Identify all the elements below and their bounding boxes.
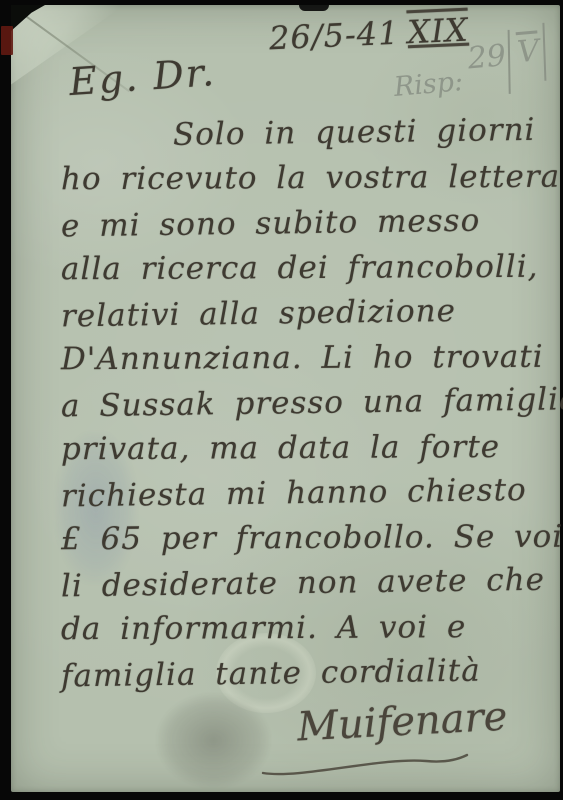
letter-line: richiesta mi hanno chiesto (61, 468, 554, 520)
letter-line: relativi alla spedizione (61, 288, 554, 340)
photo-background: 26/5-41XIX Risp: 29 V Eg. Dr. Solo in qu… (0, 0, 563, 800)
letter-line: ho ricevuto la vostra lettera (61, 155, 553, 203)
postmark-smudge (156, 693, 271, 788)
reply-label: Risp: (393, 66, 465, 103)
signature-underline-flourish (261, 753, 471, 779)
postcard-paper: 26/5-41XIX Risp: 29 V Eg. Dr. Solo in qu… (11, 5, 560, 792)
red-edge-mark (1, 26, 13, 55)
reply-annotation: Risp: 29 V (386, 26, 562, 121)
signature: Muifenare (296, 694, 509, 751)
letter-line: a Sussak presso una famiglia (61, 378, 554, 430)
top-edge-notch (299, 5, 329, 11)
letter-line: D'Annunziana. Li ho trovati (61, 335, 553, 383)
letter-line: alla ricerca dei francobolli, (61, 245, 553, 293)
letter-body: Solo in questi giorni ho ricevuto la vos… (61, 111, 553, 696)
letter-line: privata, ma data la forte (61, 425, 553, 473)
reply-day: 29 (466, 38, 507, 76)
letter-line-corrected: li desiderate non avete che (61, 558, 554, 610)
letter-line: famiglia tante cordialità (61, 648, 554, 700)
salutation: Eg. Dr. (68, 50, 217, 104)
reply-divider-bar-2 (542, 23, 546, 81)
letter-line: £ 65 per francobollo. Se voi (61, 515, 553, 563)
letter-line: e mi sono subito messo (61, 198, 554, 250)
reply-month-roman: V (516, 33, 541, 70)
date-text: 26/5-41 (268, 14, 400, 58)
letter-line: da informarmi. A voi e (61, 605, 553, 653)
letter-line: Solo in questi giorni (61, 108, 554, 160)
reply-divider-bar (508, 30, 511, 94)
